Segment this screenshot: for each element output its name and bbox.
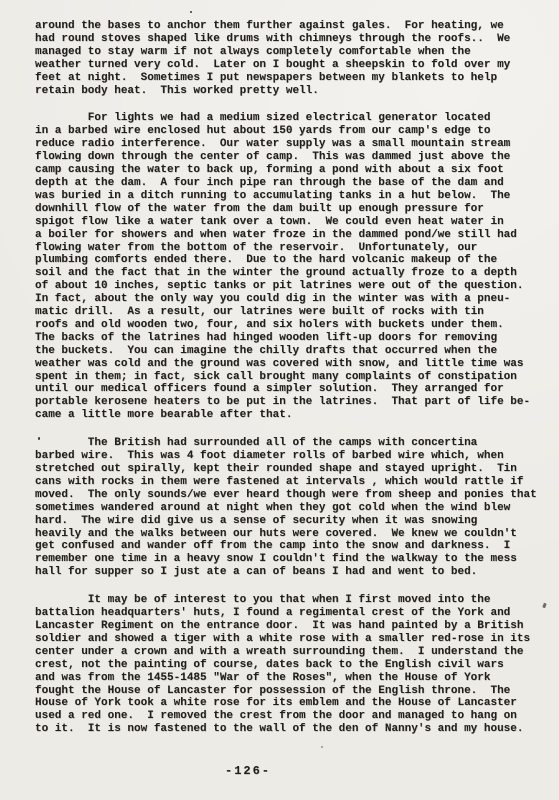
scan-artifact-speck [542, 603, 547, 609]
page-number: -126- [225, 764, 271, 778]
scan-artifact-speck [190, 11, 192, 13]
paragraph-regimental-crest: It may be of interest to you that when I… [35, 594, 545, 736]
scan-artifact-speck [321, 746, 323, 748]
paragraph-concertina-wire: The British had surrounded all of the ca… [35, 437, 545, 579]
scanned-document-page: around the bases to anchor them further … [0, 0, 559, 800]
paragraph-generator-water-latrines: For lights we had a medium sized electri… [35, 112, 545, 422]
scan-artifact-speck [38, 437, 40, 440]
page-text-block: around the bases to anchor them further … [35, 20, 545, 751]
paragraph-heating-stoves: around the bases to anchor them further … [35, 20, 545, 97]
